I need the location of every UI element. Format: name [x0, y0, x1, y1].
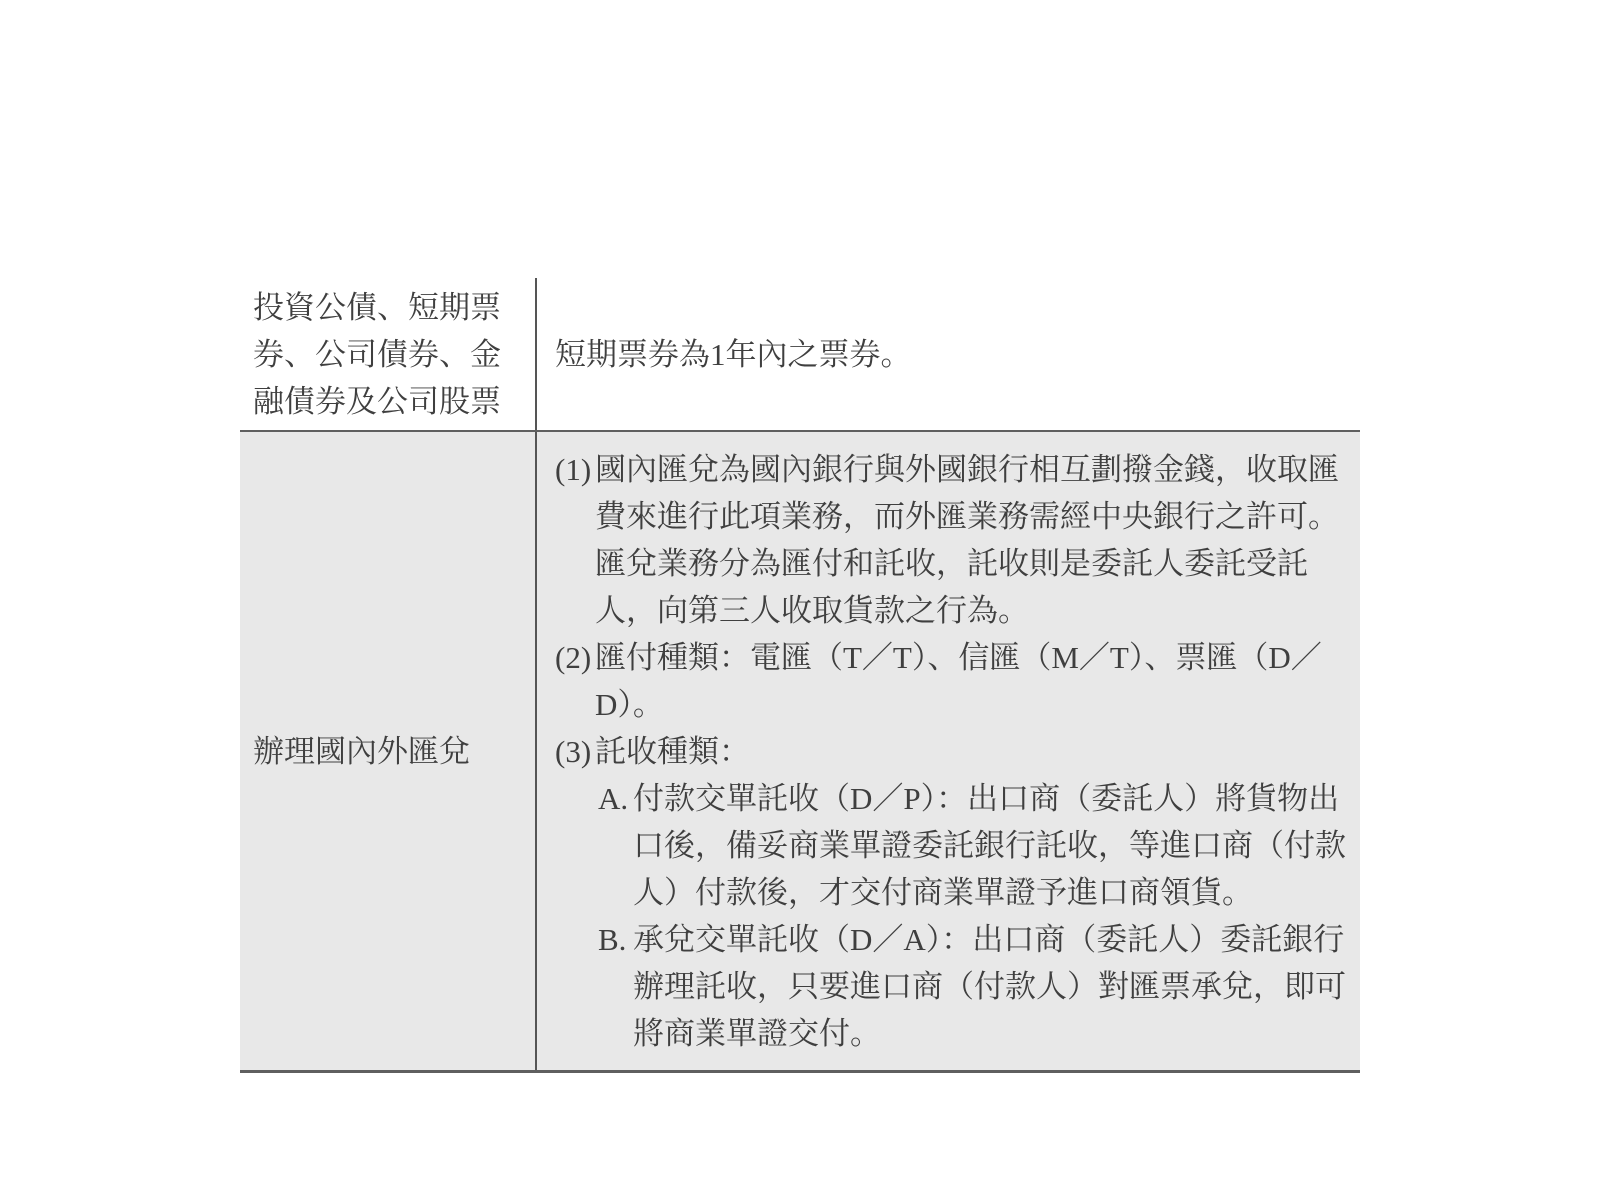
list-item-3-text: 託收種類： [595, 728, 1352, 775]
securities-note-cell: 短期票券為1年內之票券。 [537, 278, 1360, 430]
list-item-1-marker: (1) [555, 446, 595, 493]
list-item-1: (1) 國內匯兌為國內銀行與外國銀行相互劃撥金錢，收取匯費來進行此項業務，而外匯… [555, 446, 1352, 634]
reference-table: 投資公債、短期票券、公司債券、金融債券及公司股票 短期票券為1年內之票券。 辦理… [240, 278, 1360, 1073]
sub-item-a-text: 付款交單託收（D／P）：出口商（委託人）將貨物出口後，備妥商業單證委託銀行託收，… [633, 775, 1352, 916]
list-item-3-marker: (3) [555, 728, 595, 775]
remittance-item-cell: 辦理國內外匯兌 [240, 432, 537, 1070]
table-row-remittance: 辦理國內外匯兌 (1) 國內匯兌為國內銀行與外國銀行相互劃撥金錢，收取匯費來進行… [240, 432, 1360, 1070]
list-item-2-marker: (2) [555, 634, 595, 681]
list-item-3-content: 託收種類： A. 付款交單託收（D／P）：出口商（委託人）將貨物出口後，備妥商業… [595, 728, 1352, 1057]
sub-item-a-marker: A. [598, 775, 633, 822]
sub-item-a: A. 付款交單託收（D／P）：出口商（委託人）將貨物出口後，備妥商業單證委託銀行… [598, 775, 1352, 916]
list-item-3: (3) 託收種類： A. 付款交單託收（D／P）：出口商（委託人）將貨物出口後，… [555, 728, 1352, 1057]
list-item-2-text: 匯付種類：電匯（T／T）、信匯（M／T）、票匯（D／D）。 [595, 634, 1352, 728]
remittance-details-cell: (1) 國內匯兌為國內銀行與外國銀行相互劃撥金錢，收取匯費來進行此項業務，而外匯… [537, 432, 1360, 1070]
table-row-securities: 投資公債、短期票券、公司債券、金融債券及公司股票 短期票券為1年內之票券。 [240, 278, 1360, 432]
securities-note-text: 短期票券為1年內之票券。 [555, 331, 912, 378]
securities-item-text: 投資公債、短期票券、公司債券、金融債券及公司股票 [253, 284, 515, 425]
sub-item-b: B. 承兌交單託收（D／A）：出口商（委託人）委託銀行辦理託收，只要進口商（付款… [598, 916, 1352, 1057]
remittance-item-text: 辦理國內外匯兌 [253, 728, 470, 775]
securities-item-cell: 投資公債、短期票券、公司債券、金融債券及公司股票 [240, 278, 537, 430]
list-item-1-text: 國內匯兌為國內銀行與外國銀行相互劃撥金錢，收取匯費來進行此項業務，而外匯業務需經… [595, 446, 1352, 634]
sub-item-b-marker: B. [598, 916, 633, 963]
list-item-2: (2) 匯付種類：電匯（T／T）、信匯（M／T）、票匯（D／D）。 [555, 634, 1352, 728]
sub-item-b-text: 承兌交單託收（D／A）：出口商（委託人）委託銀行辦理託收，只要進口商（付款人）對… [633, 916, 1352, 1057]
